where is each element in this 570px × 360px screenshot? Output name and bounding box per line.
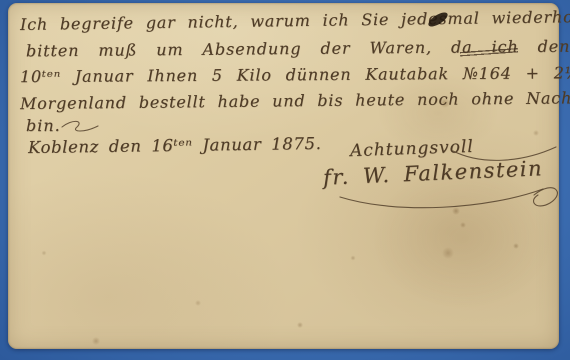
handwritten-line-1: Ich begreife gar nicht, warum ich Sie je… — [20, 7, 570, 34]
handwritten-line-3: 10ᵗᵉⁿ Januar Ihnen 5 Kilo dünnen Kautaba… — [20, 63, 570, 86]
postcard-paper: Ich begreife gar nicht, warum ich Sie je… — [8, 3, 559, 349]
blue-mount-background: Ich begreife gar nicht, warum ich Sie je… — [0, 0, 570, 360]
dateline: Koblenz den 16ᵗᵉⁿ Januar 1875. — [28, 134, 322, 157]
signature-flourish — [338, 175, 568, 217]
bin-flourish — [60, 117, 102, 135]
handwritten-line-4: Morgenland bestellt habe und bis heute n… — [20, 88, 570, 113]
handwritten-line-5: bin. — [26, 116, 61, 135]
